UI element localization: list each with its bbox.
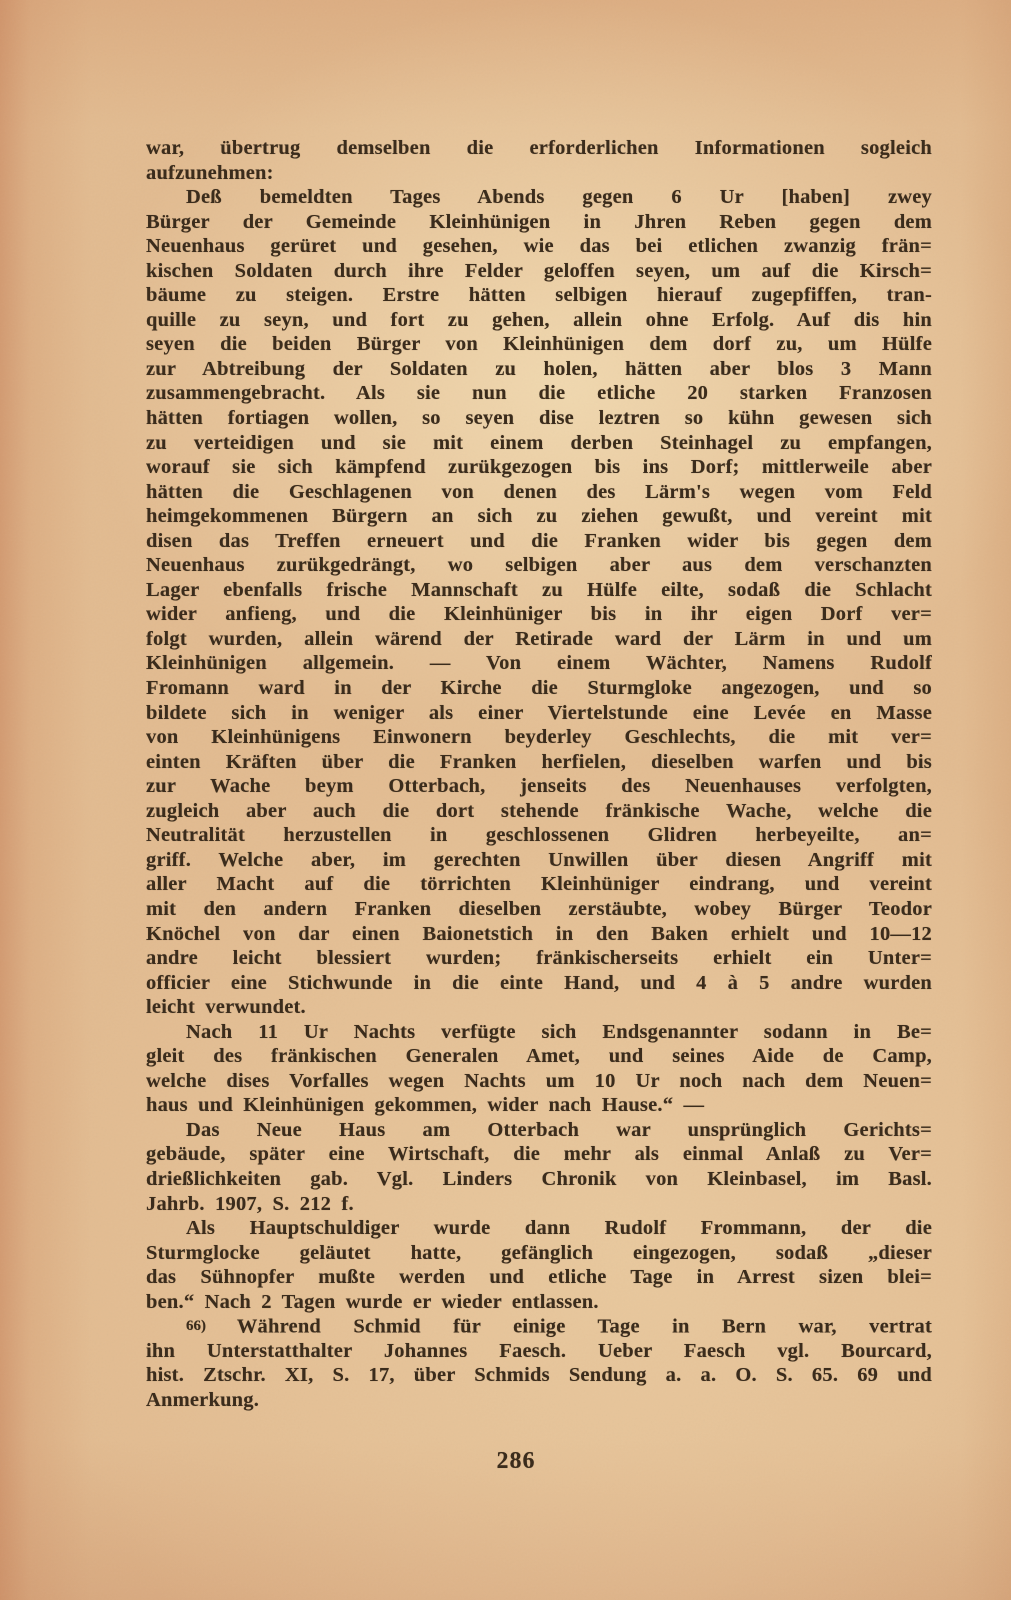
text-line: folgt wurden, allein wärend der Retirade… xyxy=(146,627,932,652)
text-line: Lager ebenfalls frische Mannschaft zu Hü… xyxy=(146,578,932,603)
text-line: zur Abtreibung der Soldaten zu holen, hä… xyxy=(146,357,932,382)
text-line: hätten die Geschlagenen von denen des Lä… xyxy=(146,480,932,505)
text-line: wider anfieng, und die Kleinhüniger bis … xyxy=(146,602,932,627)
text-line: Neuenhaus gerüret und gesehen, wie das b… xyxy=(146,234,932,259)
text-line: worauf sie sich kämpfend zurükgezogen bi… xyxy=(146,455,932,480)
text-line: officier eine Stichwunde in die einte Ha… xyxy=(146,971,932,996)
text-line: ben.“ Nach 2 Tagen wurde er wieder entla… xyxy=(146,1290,932,1315)
page-background: war, übertrug demselben die erforderlich… xyxy=(0,0,1011,1600)
text-line: das Sühnopfer mußte werden und etliche T… xyxy=(146,1265,932,1290)
text-line: Neuenhaus zurükgedrängt, wo selbigen abe… xyxy=(146,553,932,578)
footnote-marker: 66) xyxy=(186,1318,237,1334)
text-line: Sturmglocke geläutet hatte, gefänglich e… xyxy=(146,1241,932,1266)
scanned-book-page: { "document": { "language": "de", "scrip… xyxy=(0,0,1011,1600)
text-line: Bürger der Gemeinde Kleinhünigen in Jhre… xyxy=(146,210,932,235)
text-line: 66) Während Schmid für einige Tage in Be… xyxy=(146,1314,932,1339)
text-line: andre leicht blessiert wurden; fränkisch… xyxy=(146,946,932,971)
text-line: disen das Treffen erneuert und die Frank… xyxy=(146,529,932,554)
text-line: ihn Unterstatthalter Johannes Faesch. Ue… xyxy=(146,1339,932,1364)
text-line: gebäude, später eine Wirtschaft, die meh… xyxy=(146,1142,932,1167)
text-line: heimgekommenen Bürgern an sich zu ziehen… xyxy=(146,504,932,529)
text-line: seyen die beiden Bürger von Kleinhünigen… xyxy=(146,332,932,357)
text-line: Als Hauptschuldiger wurde dann Rudolf Fr… xyxy=(146,1216,932,1241)
text-line: bäume zu steigen. Erstre hätten selbigen… xyxy=(146,283,932,308)
text-line: griff. Welche aber, im gerechten Unwille… xyxy=(146,848,932,873)
text-line: zusammengebracht. Als sie nun die etlich… xyxy=(146,381,932,406)
text-line: Deß bemeldten Tages Abends gegen 6 Ur [h… xyxy=(146,185,932,210)
text-line: Neutralität herzustellen in geschlossene… xyxy=(146,823,932,848)
text-line: Jahrb. 1907, S. 212 f. xyxy=(146,1192,932,1217)
text-line: zu verteidigen und sie mit einem derben … xyxy=(146,431,932,456)
text-line: zur Wache beym Otterbach, jenseits des N… xyxy=(146,774,932,799)
text-line: haus und Kleinhünigen gekommen, wider na… xyxy=(146,1093,932,1118)
text-line: aller Macht auf die törrichten Kleinhüni… xyxy=(146,872,932,897)
text-line: Das Neue Haus am Otterbach war unsprüngl… xyxy=(146,1118,932,1143)
text-line: einten Kräften über die Franken herfiele… xyxy=(146,750,932,775)
text-line: war, übertrug demselben die erforderlich… xyxy=(146,136,932,161)
text-line: hätten fortiagen wollen, so seyen dise l… xyxy=(146,406,932,431)
text-line: von Kleinhünigens Einwonern beyderley Ge… xyxy=(146,725,932,750)
text-line: leicht verwundet. xyxy=(146,995,932,1020)
text-line: Fromann ward in der Kirche die Sturmglok… xyxy=(146,676,932,701)
text-line: Kleinhünigen allgemein. — Von einem Wäch… xyxy=(146,651,932,676)
text-line: kischen Soldaten durch ihre Felder gelof… xyxy=(146,259,932,284)
text-block: war, übertrug demselben die erforderlich… xyxy=(146,136,932,1412)
text-line: welche dises Vorfalles wegen Nachts um 1… xyxy=(146,1069,932,1094)
text-line: Anmerkung. xyxy=(146,1388,932,1413)
text-line: Nach 11 Ur Nachts verfügte sich Endsgena… xyxy=(146,1020,932,1045)
text-line: Knöchel von dar einen Baionetstich in de… xyxy=(146,922,932,947)
text-line: gleit des fränkischen Generalen Amet, un… xyxy=(146,1044,932,1069)
text-line: quille zu seyn, und fort zu gehen, allei… xyxy=(146,308,932,333)
text-line: drießlichkeiten gab. Vgl. Linders Chroni… xyxy=(146,1167,932,1192)
page-number: 286 xyxy=(146,1448,886,1475)
text-line: mit den andern Franken dieselben zerstäu… xyxy=(146,897,932,922)
text-line: zugleich aber auch die dort stehende frä… xyxy=(146,799,932,824)
text-line: hist. Ztschr. XI, S. 17, über Schmids Se… xyxy=(146,1363,932,1388)
text-line: bildete sich in weniger als einer Vierte… xyxy=(146,701,932,726)
text-line: aufzunehmen: xyxy=(146,161,932,186)
